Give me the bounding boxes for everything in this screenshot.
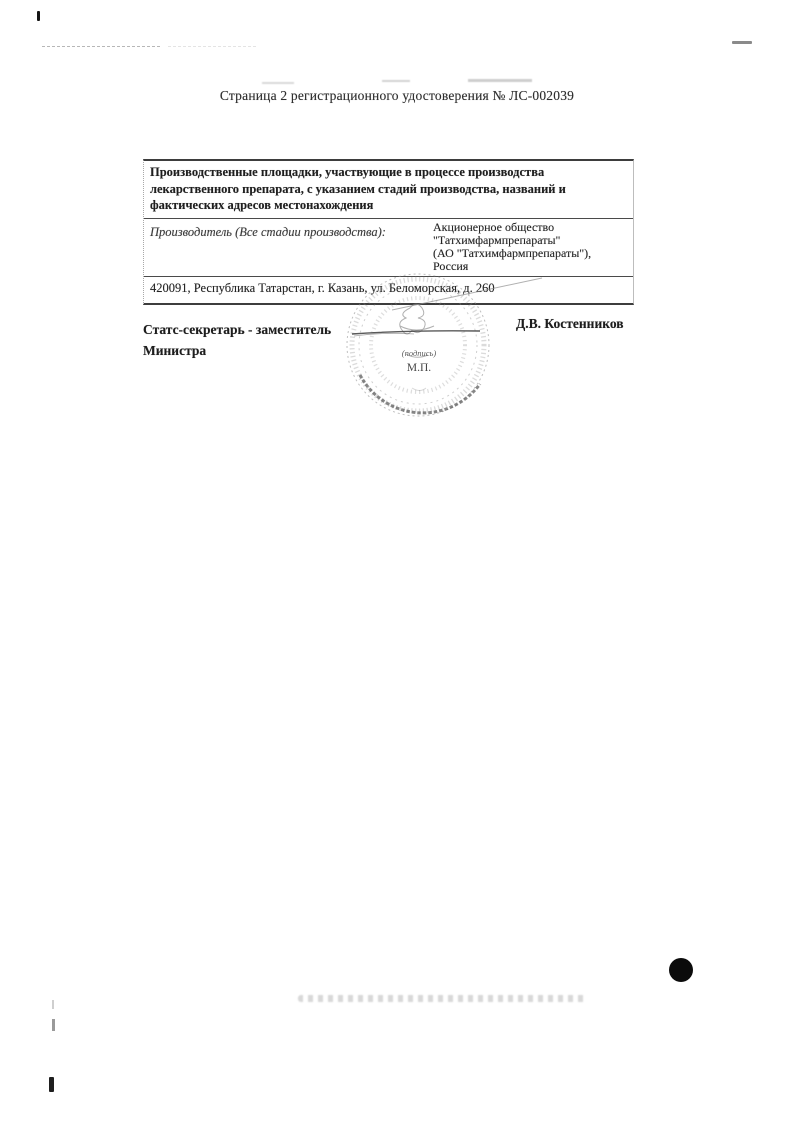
scan-mark-top-right [732, 41, 752, 44]
faint-footer-text-artifact [298, 995, 588, 1002]
signature-caption: (подпись) [386, 348, 452, 358]
scan-noise [468, 79, 532, 82]
scan-mark-bottom-left [52, 1000, 54, 1009]
faded-dashed-line-continuation [168, 46, 256, 47]
scan-noise [262, 82, 294, 84]
page-header: Страница 2 регистрационного удостоверени… [0, 88, 794, 104]
scan-mark-top-left [37, 11, 40, 21]
official-stamp [330, 260, 550, 428]
scanned-document-page: Страница 2 регистрационного удостоверени… [0, 0, 794, 1123]
punch-hole-dot [669, 958, 693, 982]
producer-value-line: "Татхимфармпрепараты" [433, 234, 629, 247]
page-margin-mark [49, 1077, 54, 1092]
diagonal-pen-line [392, 278, 542, 310]
faded-dashed-line [42, 46, 160, 47]
scan-mark-bottom-left [52, 1019, 55, 1031]
seal-place-caption: М.П. [396, 362, 442, 374]
official-title: Статс-секретарь - заместитель Министра [143, 319, 361, 361]
scan-noise [382, 80, 410, 82]
producer-value-line: Акционерное общество [433, 221, 629, 234]
table-header: Производственные площадки, участвующие в… [144, 161, 633, 219]
